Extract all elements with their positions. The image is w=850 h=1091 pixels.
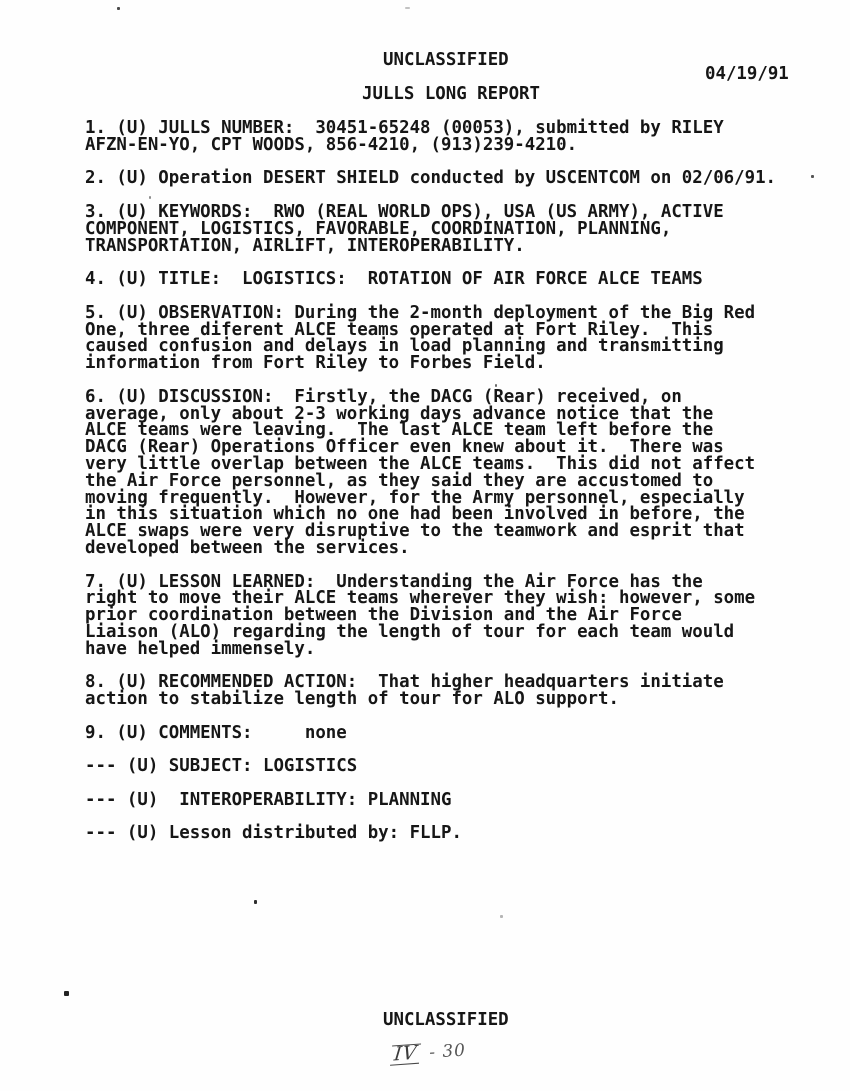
para-julls-number: 1. (U) JULLS NUMBER: 30451-65248 (00053)… [85,120,785,154]
line-distributed-by: --- (U) Lesson distributed by: FLLP. [85,825,785,842]
para-operation: 2. (U) Operation DESERT SHIELD conducted… [85,170,785,187]
para-comments: 9. (U) COMMENTS: none [85,725,785,742]
para-title: 4. (U) TITLE: LOGISTICS: ROTATION OF AIR… [85,271,785,288]
scan-speck [500,915,503,918]
report-title: JULLS LONG REPORT [362,86,540,103]
scan-speck [495,384,497,387]
para-discussion: 6. (U) DISCUSSION: Firstly, the DACG (Re… [85,389,785,557]
scan-speck [64,991,69,996]
classification-header: UNCLASSIFIED [383,52,509,69]
report-body: 1. (U) JULLS NUMBER: 30451-65248 (00053)… [85,120,785,859]
scan-speck [405,7,410,9]
para-keywords: 3. (U) KEYWORDS: RWO (REAL WORLD OPS), U… [85,204,785,254]
classification-footer: UNCLASSIFIED [383,1012,509,1029]
para-lesson-learned: 7. (U) LESSON LEARNED: Understanding the… [85,574,785,658]
scan-speck [149,196,151,199]
para-recommended-action: 8. (U) RECOMMENDED ACTION: That higher h… [85,674,785,708]
scan-speck [811,175,814,178]
scan-speck [254,900,257,904]
line-subject: --- (U) SUBJECT: LOGISTICS [85,758,785,775]
document-date: 04/19/91 [705,66,789,83]
page-number-suffix: - 30 [429,1040,467,1063]
line-interoperability: --- (U) INTEROPERABILITY: PLANNING [85,792,785,809]
para-observation: 5. (U) OBSERVATION: During the 2-month d… [85,305,785,372]
document-page: UNCLASSIFIED 04/19/91 JULLS LONG REPORT … [0,0,850,1091]
handwritten-page-number: IV- 30 [390,1040,466,1065]
scan-speck [117,7,120,10]
page-number-roman: IV [390,1043,421,1065]
